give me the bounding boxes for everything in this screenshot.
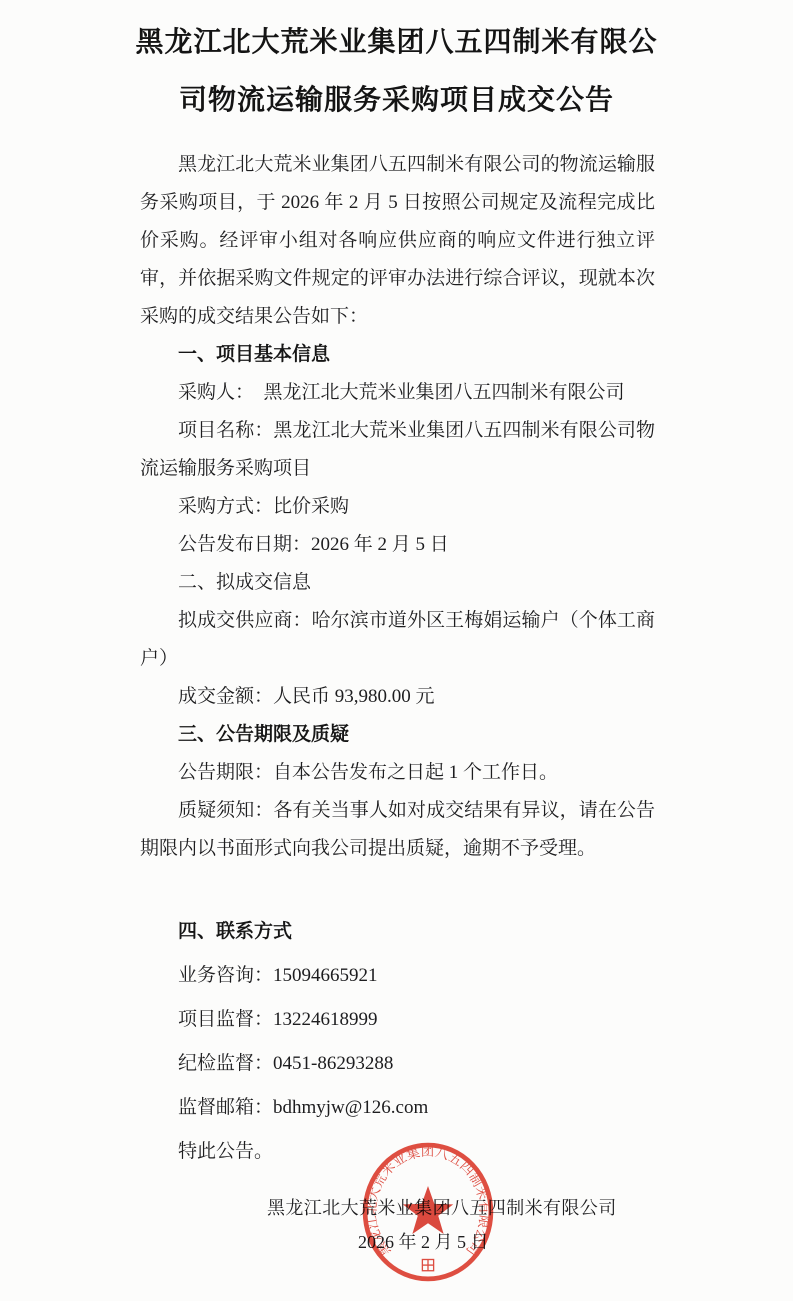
project-supervision-phone-line: 项目监督：13224618999 bbox=[140, 998, 655, 1042]
seal-star-icon bbox=[403, 1186, 454, 1234]
amount-line: 成交金额：人民币 93,980.00 元 bbox=[140, 678, 655, 716]
supplier-line: 拟成交供应商：哈尔滨市道外区王梅娟运输户（个体工商户） bbox=[140, 602, 655, 678]
buyer-line: 采购人： 黑龙江北大荒米业集团八五四制米有限公司 bbox=[140, 374, 655, 412]
section-2-heading: 二、拟成交信息 bbox=[140, 564, 655, 602]
project-name-line: 项目名称：黑龙江北大荒米业集团八五四制米有限公司物流运输服务采购项目 bbox=[140, 412, 655, 488]
announcement-period-line: 公告期限：自本公告发布之日起 1 个工作日。 bbox=[140, 754, 655, 792]
publish-date-line: 公告发布日期：2026 年 2 月 5 日 bbox=[140, 526, 655, 564]
intro-paragraph: 黑龙江北大荒米业集团八五四制米有限公司的物流运输服务采购项目，于 2026 年 … bbox=[140, 146, 655, 336]
objection-notice-line: 质疑须知：各有关当事人如对成交结果有异议，请在公告期限内以书面形式向我公司提出质… bbox=[140, 792, 655, 868]
title-line-2: 司物流运输服务采购项目成交公告 bbox=[0, 72, 793, 130]
section-1-heading: 一、项目基本信息 bbox=[140, 336, 655, 374]
section-3-heading: 三、公告期限及质疑 bbox=[140, 716, 655, 754]
section-4-heading: 四、联系方式 bbox=[140, 910, 655, 954]
document-body: 黑龙江北大荒米业集团八五四制米有限公司的物流运输服务采购项目，于 2026 年 … bbox=[140, 146, 655, 1174]
document-title: 黑龙江北大荒米业集团八五四制米有限公 司物流运输服务采购项目成交公告 bbox=[0, 0, 793, 130]
supervision-email-line: 监督邮箱：bdhmyjw@126.com bbox=[140, 1086, 655, 1130]
company-seal: 黑龙江北大荒米业集团八五四制米有限公司 bbox=[360, 1140, 496, 1284]
title-line-1: 黑龙江北大荒米业集团八五四制米有限公 bbox=[0, 14, 793, 72]
contact-section: 四、联系方式 业务咨询：15094665921 项目监督：13224618999… bbox=[140, 910, 655, 1174]
discipline-supervision-phone-line: 纪检监督：0451-86293288 bbox=[140, 1042, 655, 1086]
procurement-method-line: 采购方式：比价采购 bbox=[140, 488, 655, 526]
announcement-page: 黑龙江北大荒米业集团八五四制米有限公 司物流运输服务采购项目成交公告 黑龙江北大… bbox=[0, 0, 793, 1301]
business-phone-line: 业务咨询：15094665921 bbox=[140, 954, 655, 998]
seal-bottom-mark bbox=[422, 1259, 433, 1270]
